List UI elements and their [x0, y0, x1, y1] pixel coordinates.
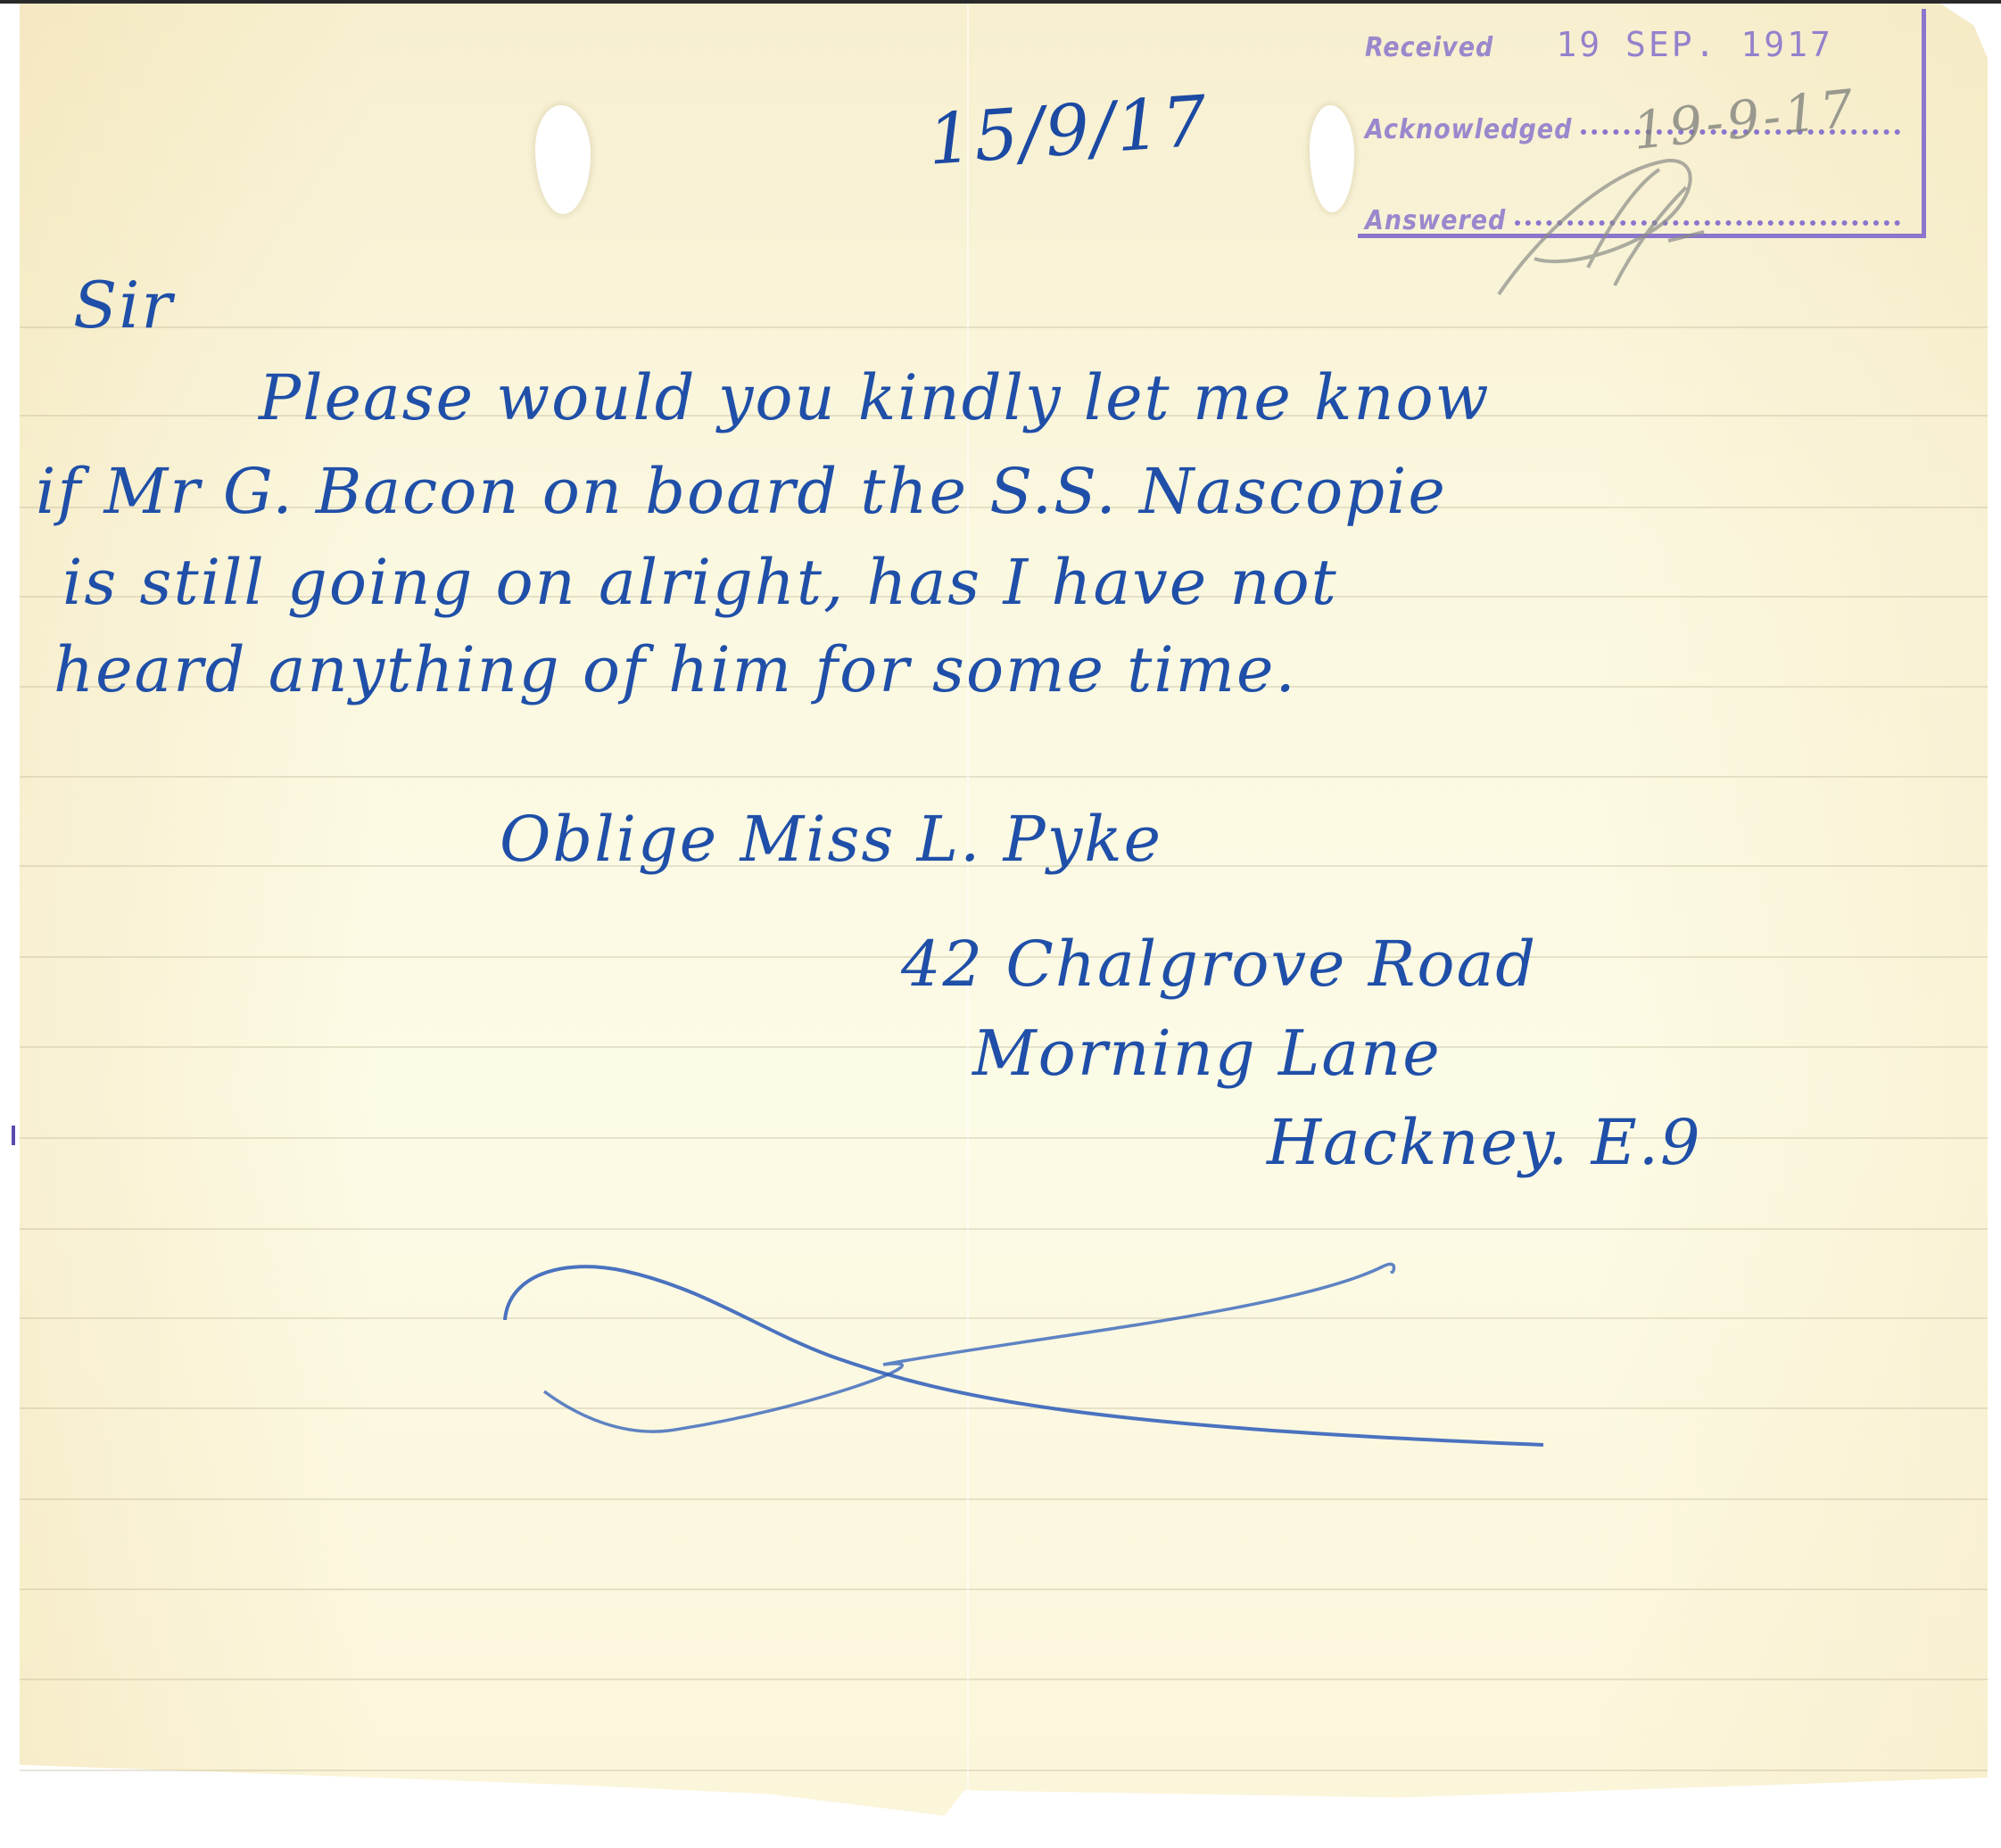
letter-salutation: Sir — [73, 268, 174, 342]
address-line-1: 42 Chalgrove Road — [901, 928, 1537, 1001]
ruled-line — [20, 1770, 1988, 1771]
ruled-line — [20, 1588, 1988, 1590]
margin-mark — [12, 1126, 15, 1145]
letter-signature: Oblige Miss L. Pyke — [500, 803, 1162, 876]
letter-body-line-2: if Mr G. Bacon on board the S.S. Nascopi… — [36, 455, 1447, 528]
ruled-line — [20, 776, 1988, 778]
ruled-line — [20, 1228, 1988, 1230]
address-line-3: Hackney. E.9 — [1267, 1106, 1702, 1179]
ruled-line — [20, 1679, 1988, 1680]
scanner-edge — [0, 0, 2001, 4]
paper-fold-crease — [967, 4, 969, 1814]
stamp-received-label: Received — [1365, 32, 1493, 63]
signature-flourish — [491, 1231, 1561, 1463]
ruled-line — [20, 326, 1988, 328]
letter-body-line-4: heard anything of him for some time. — [54, 633, 1297, 706]
ruled-line — [20, 1498, 1988, 1500]
letter-body-line-3: is still going on alright, has I have no… — [62, 546, 1338, 619]
address-line-2: Morning Lane — [972, 1017, 1442, 1090]
letter-body-line-1: Please would you kindly let me know — [259, 361, 1491, 434]
stamp-received-row: Received 19 SEP. 1917 — [1365, 25, 1900, 64]
pencil-initials-scribble — [1481, 134, 1713, 312]
stamp-received-date: 19 SEP. 1917 — [1556, 25, 1833, 64]
